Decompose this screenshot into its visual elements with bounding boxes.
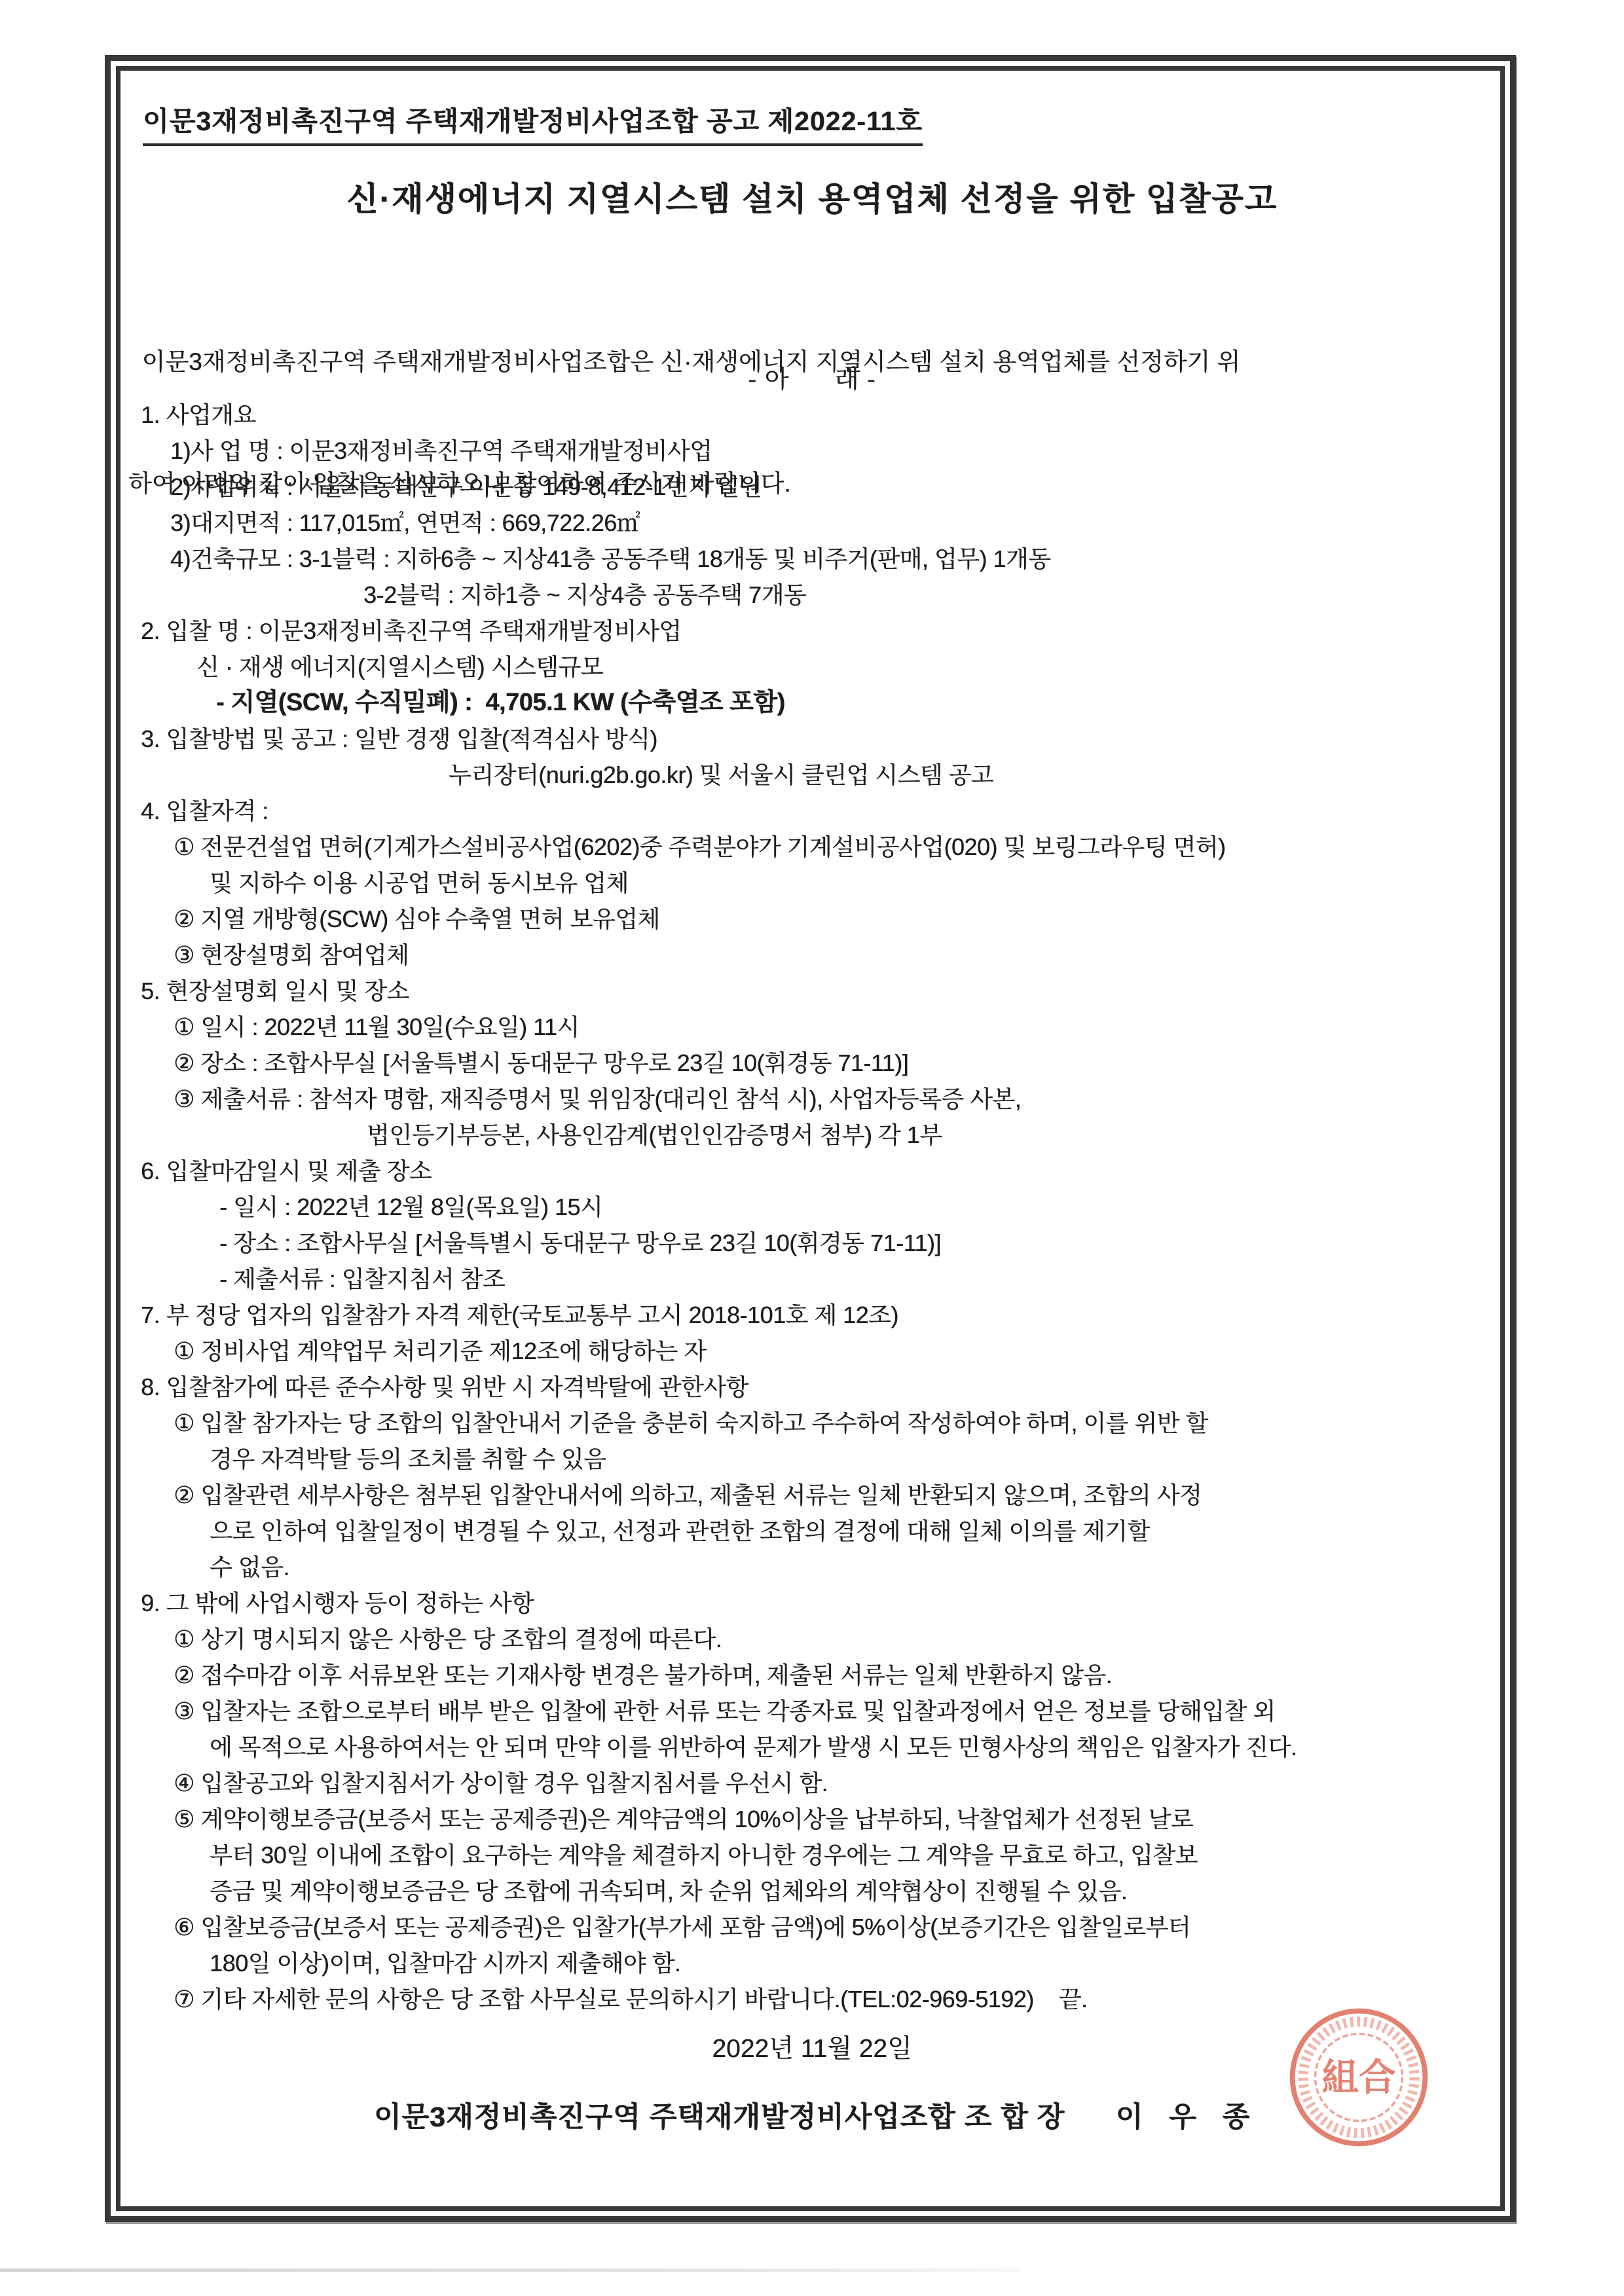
doc-line: ① 일시 : 2022년 11월 30일(수요일) 11시 xyxy=(141,1009,1522,1045)
doc-line: 으로 인하여 입찰일정이 변경될 수 있고, 선정과 관련한 조합의 결정에 대… xyxy=(141,1513,1522,1549)
scan-artifact-line xyxy=(0,2269,1022,2272)
doc-line: 4)건축규모 : 3-1블럭 : 지하6층 ~ 지상41층 공동주택 18개동 … xyxy=(141,541,1522,577)
doc-line: ② 입찰관련 세부사항은 첨부된 입찰안내서에 의하고, 제출된 서류는 일체 … xyxy=(141,1477,1522,1513)
doc-line: 3-2블럭 : 지하1층 ~ 지상4층 공동주택 7개동 xyxy=(141,577,1522,613)
doc-line: 6. 입찰마감일시 및 제출 장소 xyxy=(141,1153,1522,1189)
doc-line: - 제출서류 : 입찰지침서 참조 xyxy=(141,1261,1522,1297)
stamp-center-text: 組合 xyxy=(1321,2058,1395,2099)
doc-line: 4. 입찰자격 : xyxy=(141,793,1522,829)
doc-line: 5. 현장설명회 일시 및 장소 xyxy=(141,973,1522,1009)
doc-line: 3)대지면적 : 117,015㎡, 연면적 : 669,722.26㎡ xyxy=(141,505,1522,541)
doc-line: 3. 입찰방법 및 공고 : 일반 경쟁 입찰(적격심사 방식) xyxy=(141,721,1522,757)
doc-line: ③ 현장설명회 참여업체 xyxy=(141,937,1522,973)
doc-line: 법인등기부등본, 사용인감계(법인인감증명서 첨부) 각 1부 xyxy=(141,1117,1522,1153)
doc-line: ① 전문건설업 면허(기계가스설비공사업(6202)중 주력분야가 기계설비공사… xyxy=(141,829,1522,865)
doc-line: 수 없음. xyxy=(141,1549,1522,1585)
doc-line: ② 장소 : 조합사무실 [서울특별시 동대문구 망우로 23길 10(휘경동 … xyxy=(141,1045,1522,1081)
doc-line: - 지열(SCW, 수직밀폐) : 4,705.1 KW (수축열조 포함) xyxy=(141,685,1522,721)
doc-line: 및 지하수 이용 시공업 면허 동시보유 업체 xyxy=(141,865,1522,901)
doc-line: 증금 및 계약이행보증금은 당 조합에 귀속되며, 차 순위 업체와의 계약협상… xyxy=(141,1873,1522,1909)
doc-line: ③ 제출서류 : 참석자 명함, 재직증명서 및 위임장(대리인 참석 시), … xyxy=(141,1081,1522,1117)
doc-line: - 장소 : 조합사무실 [서울특별시 동대문구 망우로 23길 10(휘경동 … xyxy=(141,1225,1522,1261)
doc-line: 경우 자격박탈 등의 조치를 취할 수 있음 xyxy=(141,1441,1522,1477)
doc-line: 8. 입찰참가에 따른 준수사항 및 위반 시 자격박탈에 관한사항 xyxy=(141,1369,1522,1405)
doc-line: 1)사 업 명 : 이문3재정비촉진구역 주택재개발정비사업 xyxy=(141,433,1522,469)
below-marker: - 아 래 - xyxy=(0,359,1624,395)
doc-line: 180일 이상)이며, 입찰마감 시까지 제출해야 함. xyxy=(141,1945,1522,1981)
doc-line: 9. 그 밖에 사업시행자 등이 정하는 사항 xyxy=(141,1585,1522,1621)
doc-line: 2. 입찰 명 : 이문3재정비촉진구역 주택재개발정비사업 xyxy=(141,613,1522,649)
doc-line: ① 입찰 참가자는 당 조합의 입찰안내서 기준을 충분히 숙지하고 주수하여 … xyxy=(141,1405,1522,1441)
document-title: 신·재생에너지 지열시스템 설치 용역업체 선정을 위한 입찰공고 xyxy=(0,173,1624,220)
doc-line: ① 상기 명시되지 않은 사항은 당 조합의 결정에 따른다. xyxy=(141,1621,1522,1657)
doc-line: 누리장터(nuri.g2b.go.kr) 및 서울시 클린업 시스템 공고 xyxy=(141,757,1522,793)
doc-line: 1. 사업개요 xyxy=(141,397,1522,433)
document-body: 1. 사업개요1)사 업 명 : 이문3재정비촉진구역 주택재개발정비사업2)사… xyxy=(141,397,1522,2017)
doc-line: 2)사업위치 : 서울시 동대문구 이문동 149-8,412-1번지 일원 xyxy=(141,469,1522,505)
notice-number: 이문3재정비촉진구역 주택재개발정비사업조합 공고 제2022-11호 xyxy=(143,100,923,146)
doc-line: 에 목적으로 사용하여서는 안 되며 만약 이를 위반하여 문제가 발생 시 모… xyxy=(141,1729,1522,1765)
doc-line: - 일시 : 2022년 12월 8일(목요일) 15시 xyxy=(141,1189,1522,1225)
doc-line: ⑤ 계약이행보증금(보증서 또는 공제증권)은 계약금액의 10%이상을 납부하… xyxy=(141,1801,1522,1837)
doc-line: 신 · 재생 에너지(지열시스템) 시스템규모 xyxy=(141,649,1522,685)
doc-line: ② 지열 개방형(SCW) 심야 수축열 면허 보유업체 xyxy=(141,901,1522,937)
doc-line: ① 정비사업 계약업무 처리기준 제12조에 해당하는 자 xyxy=(141,1333,1522,1369)
doc-line: ② 접수마감 이후 서류보완 또는 기재사항 변경은 불가하며, 제출된 서류는… xyxy=(141,1657,1522,1693)
doc-line: 7. 부 정당 업자의 입찰참가 자격 제한(국토교통부 고시 2018-101… xyxy=(141,1297,1522,1333)
doc-line: ③ 입찰자는 조합으로부터 배부 받은 입찰에 관한 서류 또는 각종자료 및 … xyxy=(141,1693,1522,1729)
doc-line: ④ 입찰공고와 입찰지침서가 상이할 경우 입찰지침서를 우선시 함. xyxy=(141,1765,1522,1801)
official-stamp-icon: 組合 xyxy=(1287,2006,1430,2149)
doc-line: 부터 30일 이내에 조합이 요구하는 계약을 체결하지 아니한 경우에는 그 … xyxy=(141,1837,1522,1873)
doc-line: ⑥ 입찰보증금(보증서 또는 공제증권)은 입찰가(부가세 포함 금액)에 5%… xyxy=(141,1909,1522,1945)
page: { "header": { "notice_no_line": "이문3재정비촉… xyxy=(0,0,1624,2296)
